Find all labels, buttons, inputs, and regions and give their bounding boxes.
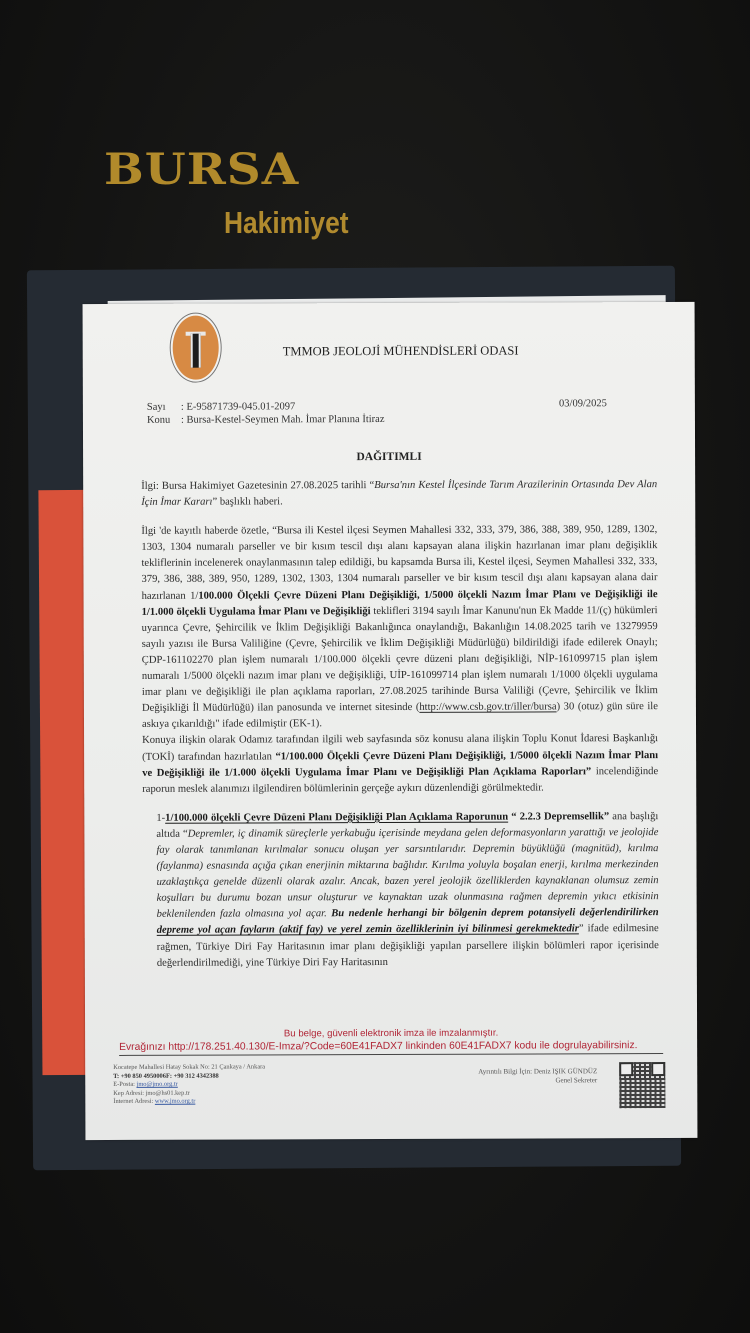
ilgi-paragraph: İlgi: Bursa Hakimiyet Gazetesinin 27.08.… (141, 477, 657, 511)
letter-meta: Sayı: E-95871739-045.01-2097 Konu: Bursa… (147, 400, 385, 427)
konu-value: : Bursa-Kestel-Seymen Mah. İmar Planına … (181, 414, 385, 426)
official-letter: TMMOB JEOLOJİ MÜHENDİSLERİ ODASI Sayı: E… (83, 302, 698, 1140)
esign-verify-link[interactable]: Evrağınızı http://178.251.40.130/E-Imza/… (119, 1040, 663, 1056)
csb-link[interactable]: http://www.csb.gov.tr/iller/bursa (419, 702, 556, 713)
newspaper-brand-title: BURSA (104, 144, 299, 195)
footer-email-link[interactable]: jmo@jmo.org.tr (137, 1081, 178, 1088)
contact-person: Ayrıntılı Bilgi İçin: Deniz IŞIK GÜNDÜZ (478, 1067, 597, 1076)
sayi-label: Sayı (147, 401, 181, 414)
paragraph-findings: Konuya ilişkin olarak Odamız tarafından … (142, 731, 658, 797)
footer-contact: Kocatepe Mahallesi Hatay Sokak No: 21 Ça… (113, 1063, 265, 1106)
geology-hammer-emblem-icon (171, 314, 221, 382)
footer-signatory: Ayrıntılı Bilgi İçin: Deniz IŞIK GÜNDÜZ … (478, 1067, 597, 1085)
sayi-value: : E-95871739-045.01-2097 (181, 401, 295, 412)
contact-title: Genel Sekreter (478, 1076, 597, 1085)
letter-date: 03/09/2025 (559, 398, 607, 409)
footer-kep: jmo@hs01.kep.tr (146, 1089, 190, 1096)
esign-notice: Bu belge, güvenli elektronik imza ile im… (85, 1027, 697, 1040)
konu-label: Konu (147, 414, 181, 427)
letter-body: İlgi: Bursa Hakimiyet Gazetesinin 27.08.… (141, 465, 659, 972)
footer-web-link[interactable]: www.jmo.org.tr (155, 1098, 196, 1105)
item-number: 1- (156, 813, 165, 824)
footer-address: Kocatepe Mahallesi Hatay Sokak No: 21 Ça… (113, 1063, 265, 1072)
newspaper-brand-subtitle: Hakimiyet (224, 205, 348, 241)
organization-name: TMMOB JEOLOJİ MÜHENDİSLERİ ODASI (283, 344, 519, 360)
paragraph-summary: İlgi 'de kayıtlı haberde özetle, “Bursa … (141, 522, 658, 733)
list-item-1: 1-1/100.000 ölçekli Çevre Düzeni Planı D… (142, 809, 659, 972)
qr-code-icon (619, 1062, 665, 1108)
distribution-heading: DAĞITIMLI (83, 450, 695, 464)
folder-orange-stripe (38, 490, 88, 1075)
